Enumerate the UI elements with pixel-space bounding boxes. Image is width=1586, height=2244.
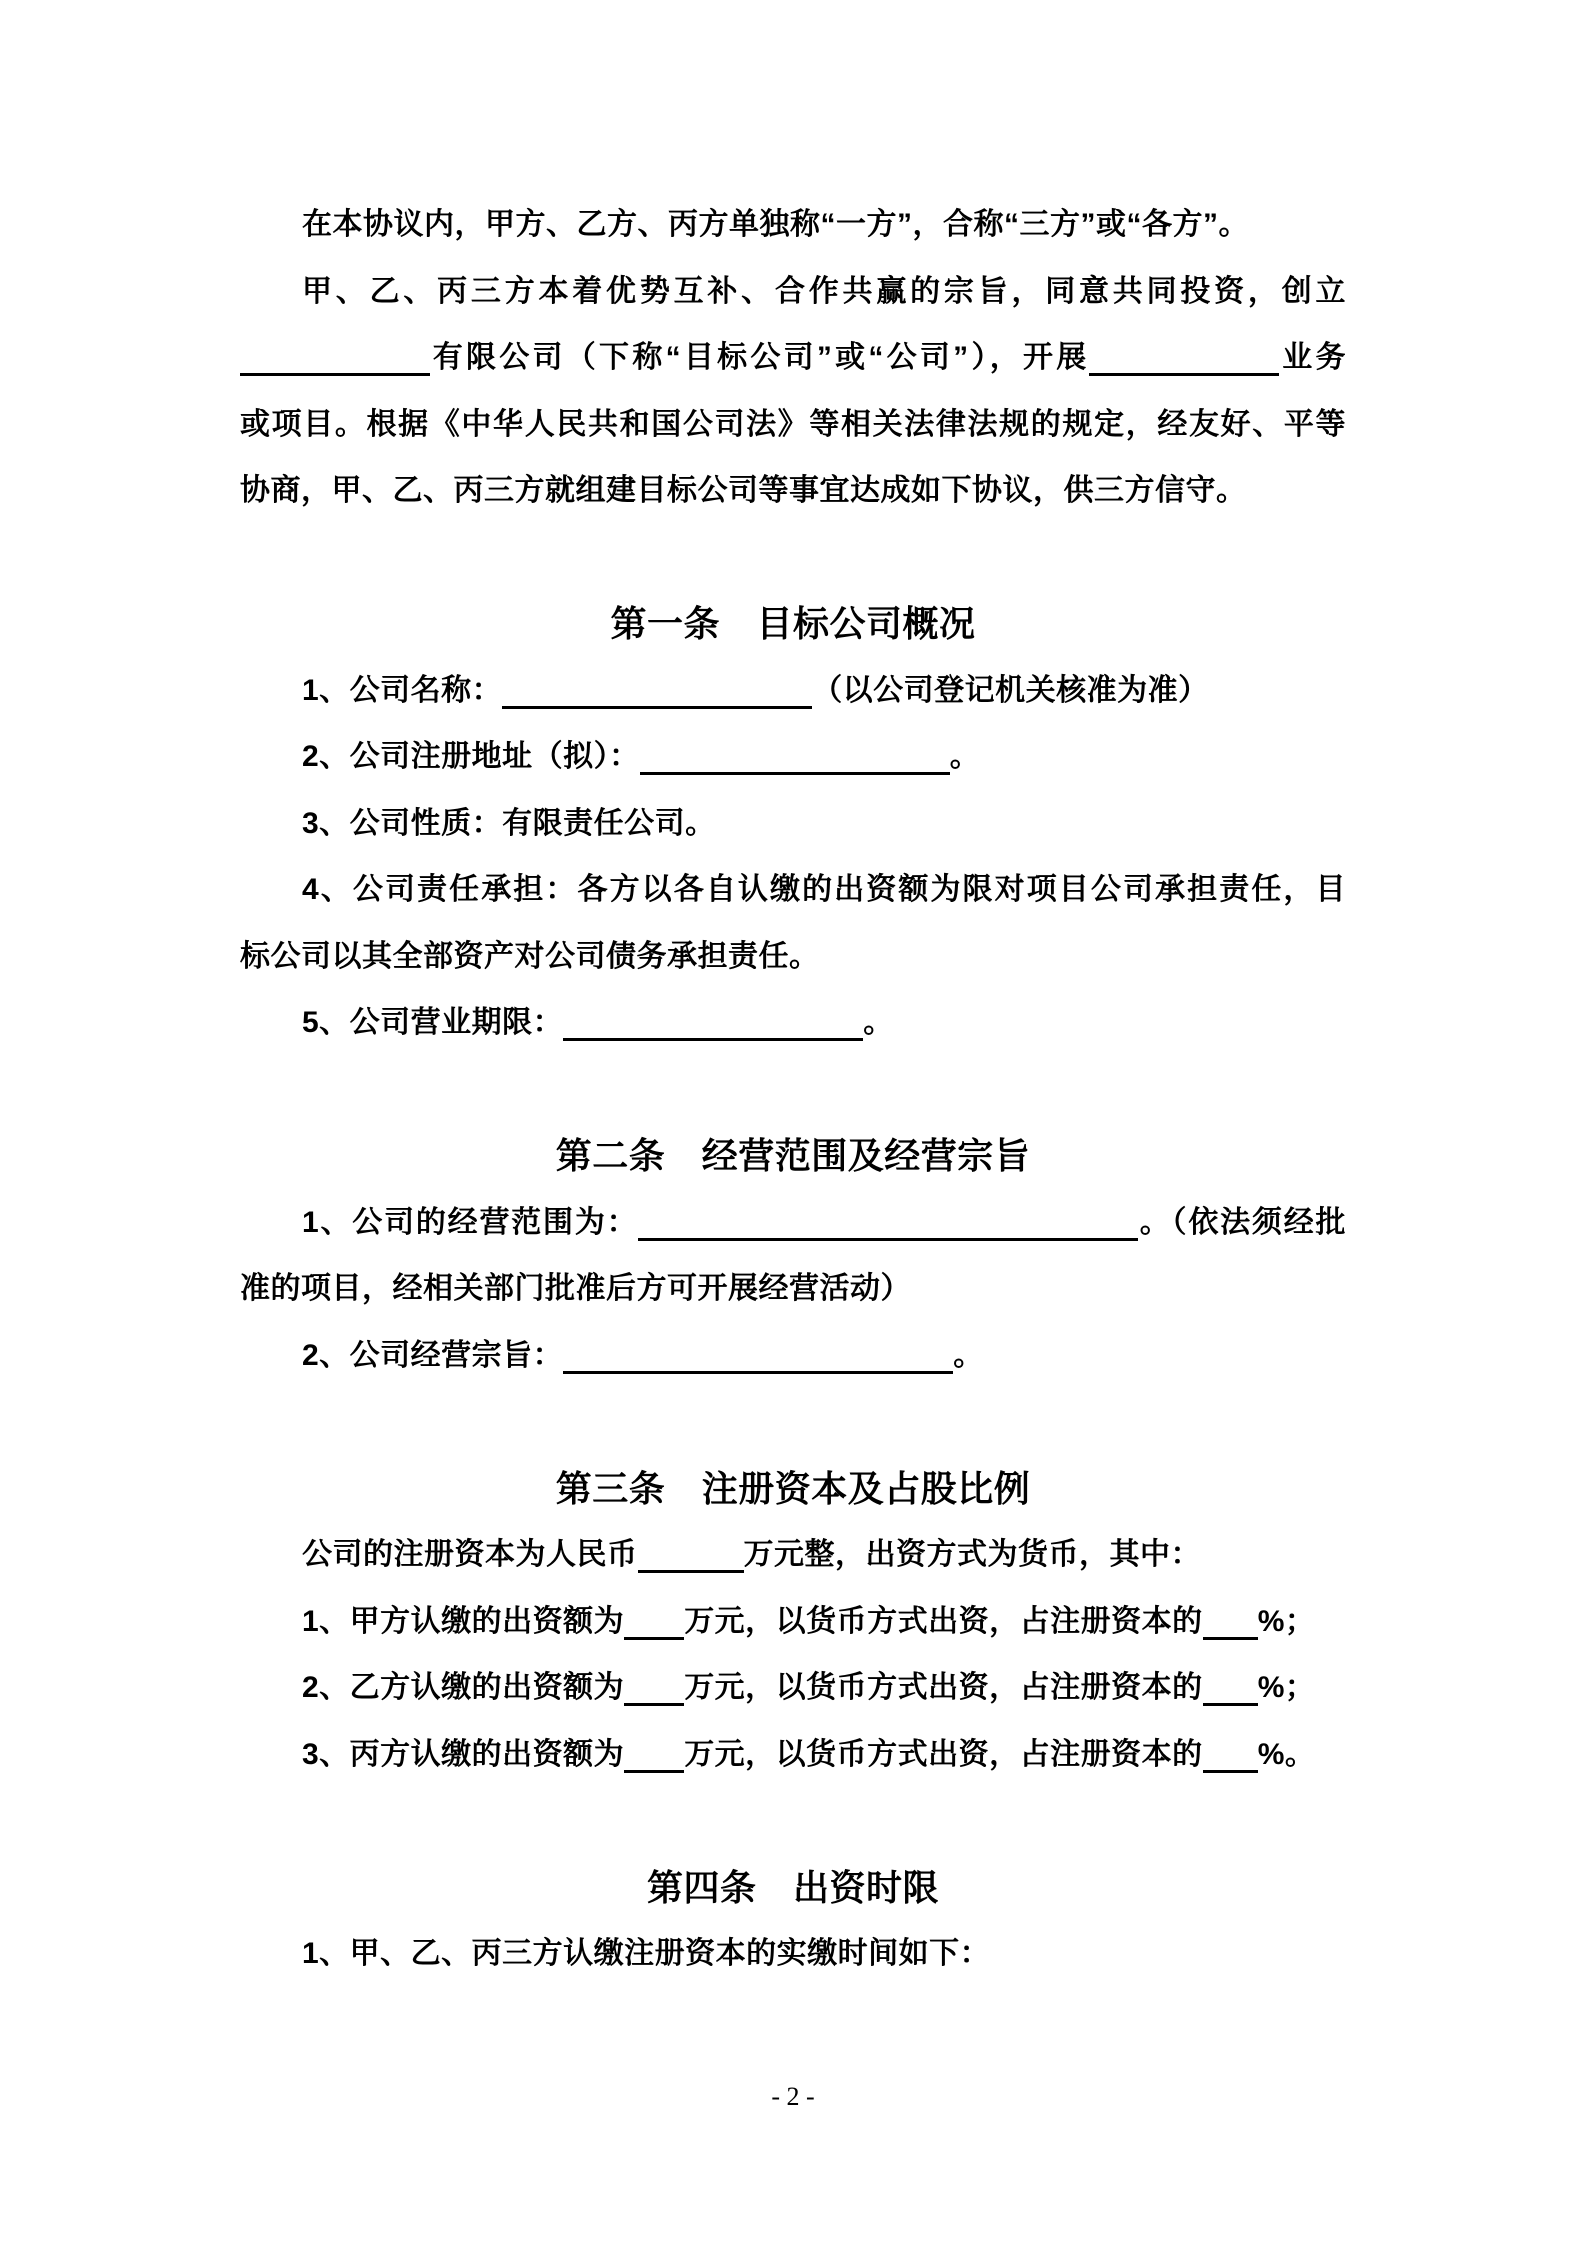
section2-item2-end: 。 xyxy=(953,1339,984,1372)
blank-field-registered-address xyxy=(640,736,950,775)
section1-item4-line2: 标公司以其全部资产对公司债务承担责任。 xyxy=(240,924,1346,991)
section4-item1: 1、甲、乙、丙三方认缴注册资本的实缴时间如下： xyxy=(240,1921,1346,1988)
blank-field-business-scope xyxy=(638,1202,1138,1241)
blank-field-business-type xyxy=(1089,337,1279,376)
section3-intro: 公司的注册资本为人民币万元整，出资方式为货币，其中： xyxy=(240,1522,1346,1589)
section3-item1-before: 1、甲方认缴的出资额为 xyxy=(302,1605,624,1638)
section3-item3-end: %。 xyxy=(1258,1738,1316,1771)
section3-item2-mid: 万元，以货币方式出资，占注册资本的 xyxy=(684,1671,1203,1704)
section1-item5-label: 5、公司营业期限： xyxy=(302,1006,563,1039)
section1-item5-end: 。 xyxy=(863,1006,894,1039)
agreement-paragraph-line4: 协商，甲、乙、丙三方就组建目标公司等事宜达成如下协议，供三方信守。 xyxy=(240,458,1346,525)
section3-item3-before: 3、丙方认缴的出资额为 xyxy=(302,1738,624,1771)
blank-field-partyA-amount xyxy=(624,1601,684,1640)
section1-item4-line1: 4、公司责任承担：各方以各自认缴的出资额为限对项目公司承担责任，目 xyxy=(240,857,1346,924)
agreement-paragraph-line2: 有限公司（下称“目标公司”或“公司”），开展业务 xyxy=(240,325,1346,392)
section1-item3: 3、公司性质：有限责任公司。 xyxy=(240,791,1346,858)
intro-paragraph: 在本协议内，甲方、乙方、丙方单独称“一方”，合称“三方”或“各方”。 xyxy=(240,192,1346,259)
section3-intro-after: 万元整，出资方式为货币，其中： xyxy=(744,1538,1202,1571)
blank-field-business-purpose xyxy=(563,1335,953,1374)
section3-intro-before: 公司的注册资本为人民币 xyxy=(302,1538,638,1571)
section2-item1-line1: 1、公司的经营范围为：。（依法须经批 xyxy=(240,1190,1346,1257)
section3-item1-mid: 万元，以货币方式出资，占注册资本的 xyxy=(684,1605,1203,1638)
section1-title: 第一条 目标公司概况 xyxy=(240,591,1346,658)
section2-item1-after: 。（依法须经批 xyxy=(1138,1206,1346,1239)
agreement-paragraph-line2-tail: 业务 xyxy=(1279,341,1346,374)
section1-item1: 1、公司名称：（以公司登记机关核准为准） xyxy=(240,658,1346,725)
section3-item2: 2、乙方认缴的出资额为万元，以货币方式出资，占注册资本的%； xyxy=(240,1655,1346,1722)
blank-field-partyB-percent xyxy=(1203,1667,1258,1706)
section4-title: 第四条 出资时限 xyxy=(240,1855,1346,1922)
blank-field-registered-capital xyxy=(638,1534,744,1573)
page-number: - 2 - xyxy=(0,2082,1586,2112)
section1-item2-label: 2、公司注册地址（拟）： xyxy=(302,740,640,773)
agreement-paragraph-line2-text: 有限公司（下称“目标公司”或“公司”），开展 xyxy=(430,341,1089,374)
section3-item2-before: 2、乙方认缴的出资额为 xyxy=(302,1671,624,1704)
section2-item1-label: 1、公司的经营范围为： xyxy=(302,1206,638,1239)
section1-item1-label: 1、公司名称： xyxy=(302,674,502,707)
section2-title: 第二条 经营范围及经营宗旨 xyxy=(240,1123,1346,1190)
section3-item1-end: %； xyxy=(1258,1605,1316,1638)
blank-field-partyC-percent xyxy=(1203,1734,1258,1773)
section3-item3-mid: 万元，以货币方式出资，占注册资本的 xyxy=(684,1738,1203,1771)
document-page: 在本协议内，甲方、乙方、丙方单独称“一方”，合称“三方”或“各方”。 甲、乙、丙… xyxy=(0,0,1586,2244)
blank-field-partyA-percent xyxy=(1203,1601,1258,1640)
section1-item2-end: 。 xyxy=(950,740,981,773)
section3-item1: 1、甲方认缴的出资额为万元，以货币方式出资，占注册资本的%； xyxy=(240,1589,1346,1656)
agreement-paragraph-line1: 甲、乙、丙三方本着优势互补、合作共赢的宗旨，同意共同投资，创立 xyxy=(240,259,1346,326)
blank-field-partyB-amount xyxy=(624,1667,684,1706)
blank-field-partyC-amount xyxy=(624,1734,684,1773)
blank-field-company-name-prefix xyxy=(240,337,430,376)
section3-item2-end: %； xyxy=(1258,1671,1316,1704)
section3-item3: 3、丙方认缴的出资额为万元，以货币方式出资，占注册资本的%。 xyxy=(240,1722,1346,1789)
section1-item1-note: （以公司登记机关核准为准） xyxy=(812,674,1209,707)
section1-item5: 5、公司营业期限：。 xyxy=(240,990,1346,1057)
blank-field-company-name xyxy=(502,670,812,709)
section2-item2-label: 2、公司经营宗旨： xyxy=(302,1339,563,1372)
document-body: 在本协议内，甲方、乙方、丙方单独称“一方”，合称“三方”或“各方”。 甲、乙、丙… xyxy=(240,192,1346,1988)
blank-field-business-term xyxy=(563,1002,863,1041)
section1-item2: 2、公司注册地址（拟）：。 xyxy=(240,724,1346,791)
section2-item2: 2、公司经营宗旨：。 xyxy=(240,1323,1346,1390)
section2-item1-line2: 准的项目，经相关部门批准后方可开展经营活动） xyxy=(240,1256,1346,1323)
section3-title: 第三条 注册资本及占股比例 xyxy=(240,1456,1346,1523)
agreement-paragraph-line3: 或项目。根据《中华人民共和国公司法》等相关法律法规的规定，经友好、平等 xyxy=(240,392,1346,459)
